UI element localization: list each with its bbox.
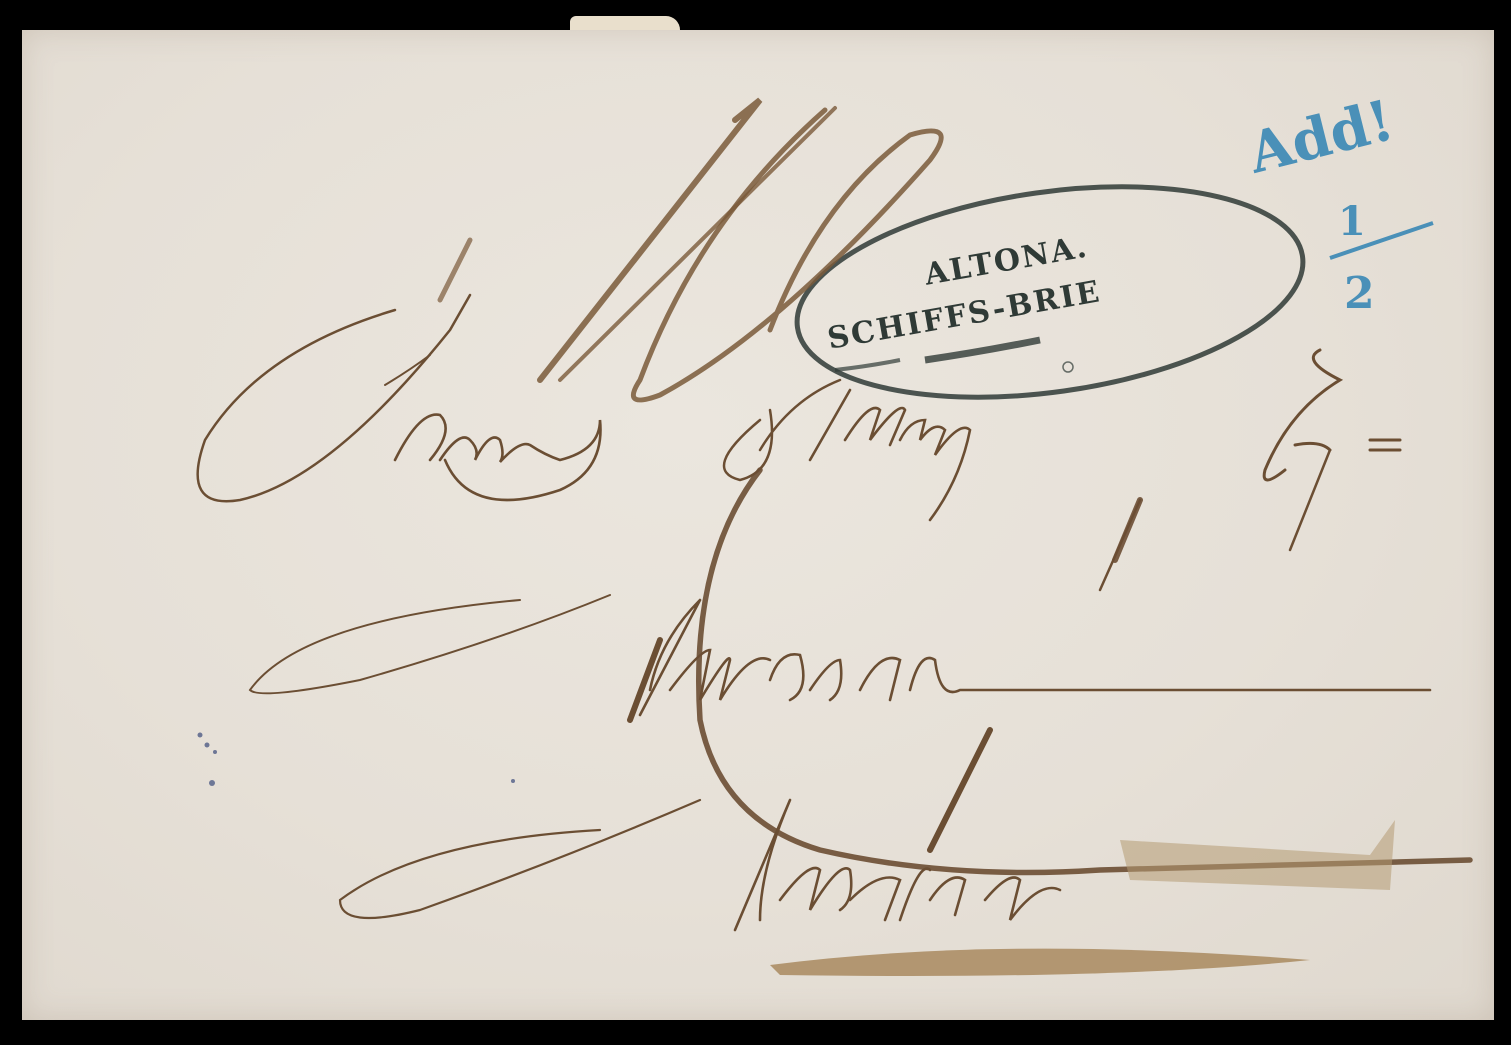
scan-background: ALTONA. SCHIFFS-BRIE Add! 1 2 1/10 James… (0, 0, 1511, 1045)
ink-specks (198, 733, 516, 787)
underline-wash (770, 949, 1310, 976)
fraction-denominator: 2 (1344, 268, 1375, 319)
smudge-wash (1120, 820, 1395, 890)
address-strokes (198, 295, 1470, 930)
fraction-numerator: 1 (1338, 198, 1366, 245)
